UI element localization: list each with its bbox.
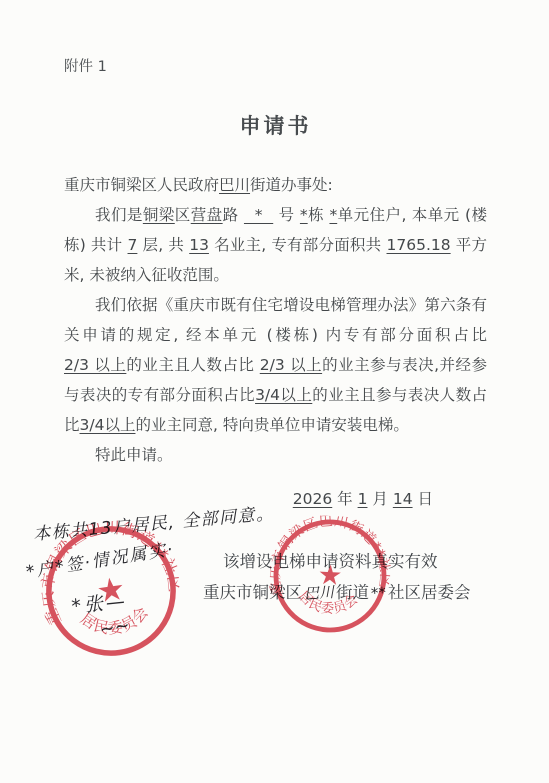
star-icon: ★ (317, 558, 343, 592)
application-document-page: 附件 1 申请书 重庆市铜梁区人民政府巴川街道办事处: 我们是铜梁区营盘路 * … (0, 0, 549, 783)
closing-line: 特此申请。 (64, 440, 487, 470)
page-title: 申请书 (64, 110, 487, 140)
salutation-line: 重庆市铜梁区人民政府巴川街道办事处: (64, 170, 487, 200)
residents-committee-seal-left: 重庆市铜梁区巴川街道**社区 ★ 居民委员会 (33, 513, 189, 669)
residents-committee-seal-right: 重庆市铜梁区巴川街道**社区 ★ 居民委员会 (267, 513, 393, 639)
document-body: 附件 1 申请书 重庆市铜梁区人民政府巴川街道办事处: 我们是铜梁区营盘路 * … (0, 0, 549, 514)
seal-bottom-text: 居民委员会 (294, 587, 362, 618)
paragraph-unit-info: 我们是铜梁区营盘路 * 号 *栋 *单元住户, 本单元 (楼栋) 共计 7 层,… (64, 200, 487, 290)
star-icon: ★ (94, 571, 127, 611)
date-line: 2026 年 1 月 14 日 (64, 484, 487, 514)
attachment-label: 附件 1 (64, 55, 487, 76)
paragraph-legal-basis: 我们依据《重庆市既有住宅增设电梯管理办法》第六条有关申请的规定, 经本单元 (楼… (64, 290, 487, 440)
seal-arc-text: 重庆市铜梁区巴川街道**社区 (33, 513, 187, 628)
committee-suffix: 社区居委会 (388, 583, 471, 602)
